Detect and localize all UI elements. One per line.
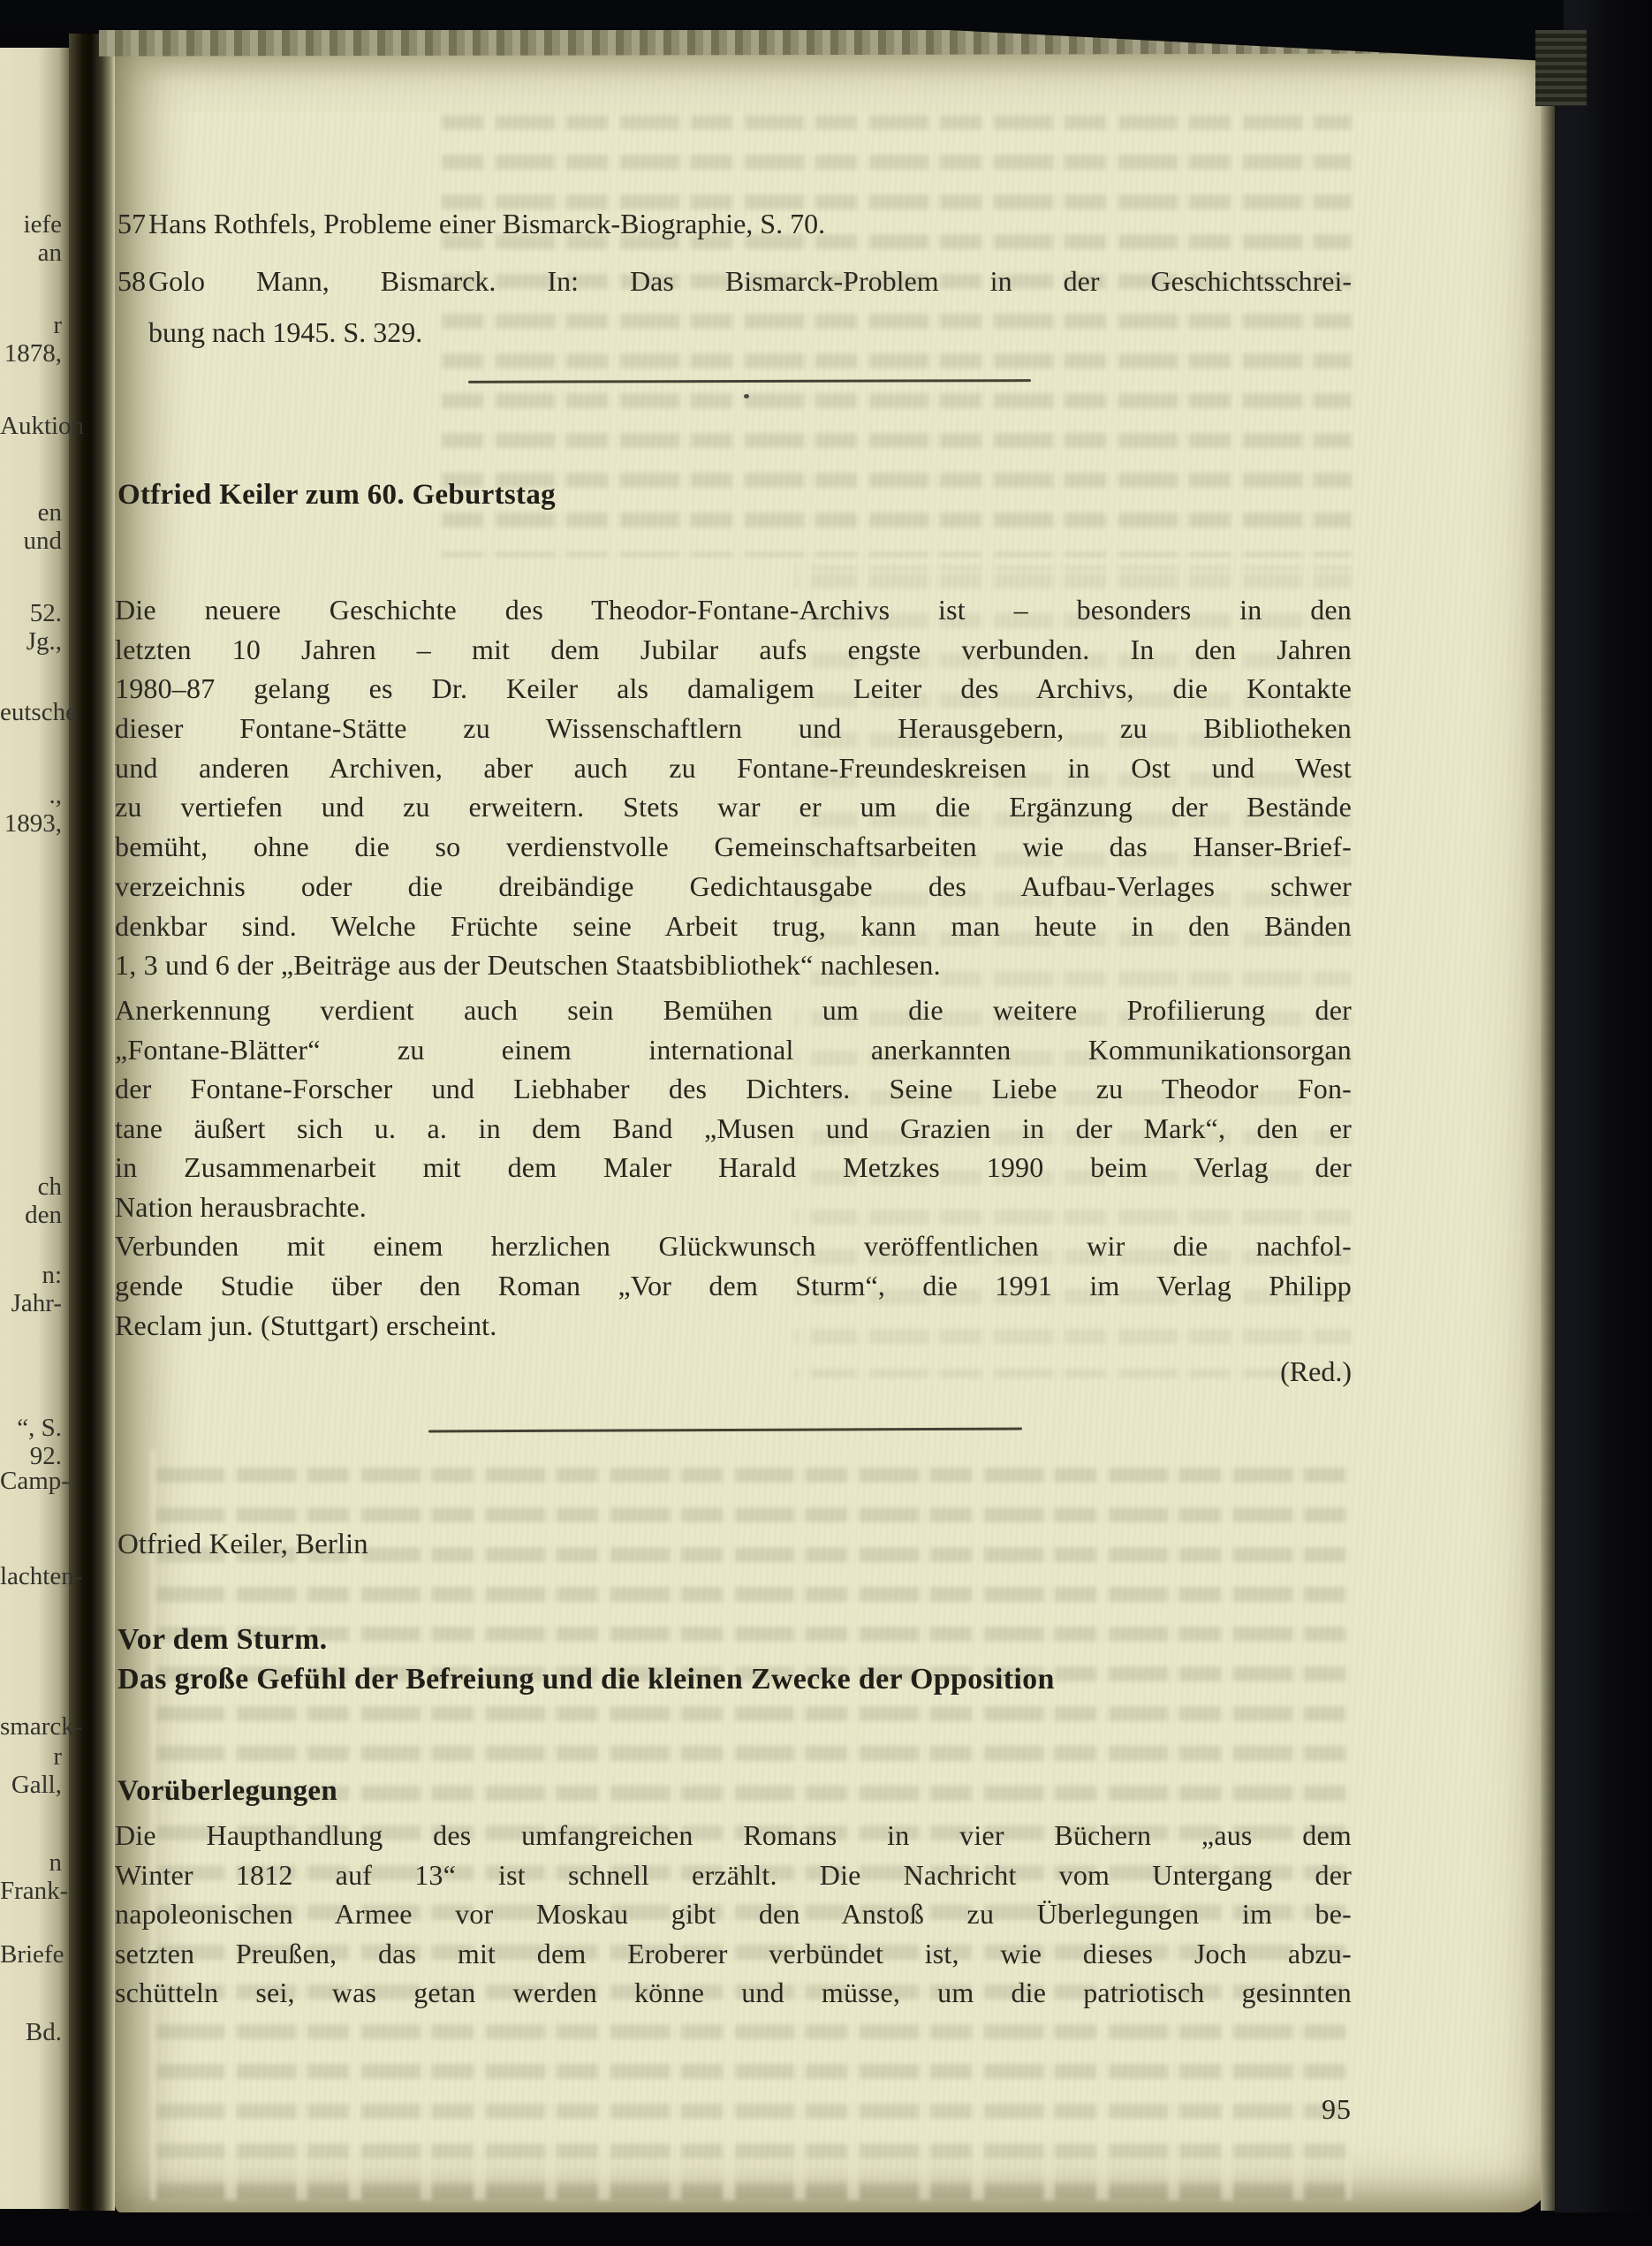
text-line: dieser Fontane-Stätte zu Wissenschaftler… xyxy=(115,711,1352,745)
cut-text-fragment: 52. Jg., xyxy=(0,599,62,656)
cut-text-fragment: Bd. xyxy=(0,2018,62,2046)
article-title-line1: Vor dem Sturm. xyxy=(117,1623,328,1657)
stray-ink-dot xyxy=(744,394,749,398)
text-line: „Fontane-Blätter“ zu einem international… xyxy=(115,1033,1352,1066)
text-line: Winter 1812 auf 13“ ist schnell erzählt.… xyxy=(115,1858,1352,1892)
text-line: napoleonischen Armee vor Moskau gibt den… xyxy=(115,1897,1352,1931)
text-line: setzten Preußen, das mit dem Eroberer ve… xyxy=(115,1937,1352,1970)
footnote-58: 58 Golo Mann, Bismarck. In: Das Bismarck… xyxy=(117,265,1352,298)
cut-text-fragment: en und xyxy=(0,498,62,555)
footnote-58-continuation: bung nach 1945. S. 329. xyxy=(148,316,1352,349)
cut-text-fragment: ., 1893, xyxy=(0,781,62,838)
article-byline: Otfried Keiler, Berlin xyxy=(117,1529,368,1561)
cut-text-fragment: Briefe xyxy=(0,1940,62,1969)
text-line: denkbar sind. Welche Früchte seine Arbei… xyxy=(115,909,1352,943)
text-line: Nation herausbrachte. xyxy=(115,1190,1352,1224)
page-number: 95 xyxy=(115,2093,1352,2126)
text-line: in Zusammenarbeit mit dem Maler Harald M… xyxy=(115,1150,1352,1184)
footnote-number: 57 xyxy=(117,208,148,240)
footnote-text: Hans Rothfels, Probleme einer Bismarck-B… xyxy=(148,208,1352,240)
cut-text-fragment: ch den xyxy=(0,1172,62,1229)
text-line: bemüht, ohne die so verdienstvolle Gemei… xyxy=(115,830,1352,863)
text-line: verzeichnis oder die dreibändige Gedicht… xyxy=(115,869,1352,903)
cut-text-fragment: eutsche xyxy=(0,698,62,726)
cut-text-fragment: n Frank- xyxy=(0,1848,62,1905)
cut-text-fragment: r Gall, xyxy=(0,1742,62,1799)
text-line: zu vertiefen und zu erweitern. Stets war… xyxy=(115,790,1352,823)
text-line: 1980–87 gelang es Dr. Keiler als damalig… xyxy=(115,672,1352,705)
text-line: und anderen Archiven, aber auch zu Fonta… xyxy=(115,751,1352,785)
cut-text-fragment: n: Jahr- xyxy=(0,1261,62,1317)
footnote-57: 57 Hans Rothfels, Probleme einer Bismarc… xyxy=(117,208,1352,240)
cut-text-fragment: Auktion xyxy=(0,412,62,440)
text-line: der Fontane-Forscher und Liebhaber des D… xyxy=(115,1072,1352,1105)
article-title-line2: Das große Gefühl der Befreiung und die k… xyxy=(117,1663,1055,1696)
book-cover-right xyxy=(1555,0,1652,2246)
cut-text-fragment: smarck- xyxy=(0,1712,62,1741)
article-section-heading: Vorüberlegungen xyxy=(117,1775,337,1808)
footnote-text: Golo Mann, Bismarck. In: Das Bismarck-Pr… xyxy=(148,265,1352,298)
spine-gutter-shadow xyxy=(69,34,115,2211)
cut-text-fragment: Camp- xyxy=(0,1467,62,1495)
book-cover-bottom xyxy=(0,2212,1652,2246)
text-line: letzten 10 Jahren – mit dem Jubilar aufs… xyxy=(115,633,1352,666)
book-scan: iefe an r 1878, Auktion en und 52. Jg., … xyxy=(0,0,1652,2246)
cut-text-fragment: iefe an xyxy=(0,210,62,267)
text-line: Die neuere Geschichte des Theodor-Fontan… xyxy=(115,593,1352,626)
cut-text-fragment: lachten- xyxy=(0,1562,62,1590)
text-line: Die Haupthandlung des umfangreichen Roma… xyxy=(115,1818,1352,1852)
footnote-number: 58 xyxy=(117,265,148,298)
text-line: schütteln sei, was getan werden könne un… xyxy=(115,1976,1352,2009)
cut-text-fragment: “, S. 92. xyxy=(0,1414,62,1470)
text-line: 1, 3 und 6 der „Beiträge aus der Deutsch… xyxy=(115,948,1352,982)
text-line: tane äußert sich u. a. in dem Band „Muse… xyxy=(115,1112,1352,1145)
tribute-heading: Otfried Keiler zum 60. Geburtstag xyxy=(117,479,556,512)
editorial-signoff: (Red.) xyxy=(115,1355,1352,1388)
text-line: gende Studie über den Roman „Vor dem Stu… xyxy=(115,1269,1352,1302)
text-line: Reclam jun. (Stuttgart) erscheint. xyxy=(115,1309,1352,1342)
page-edges-corner xyxy=(1535,30,1587,106)
text-line: Anerkennung verdient auch sein Bemühen u… xyxy=(115,993,1352,1027)
cut-text-fragment: r 1878, xyxy=(0,311,62,368)
text-line: Verbunden mit einem herzlichen Glückwuns… xyxy=(115,1229,1352,1263)
